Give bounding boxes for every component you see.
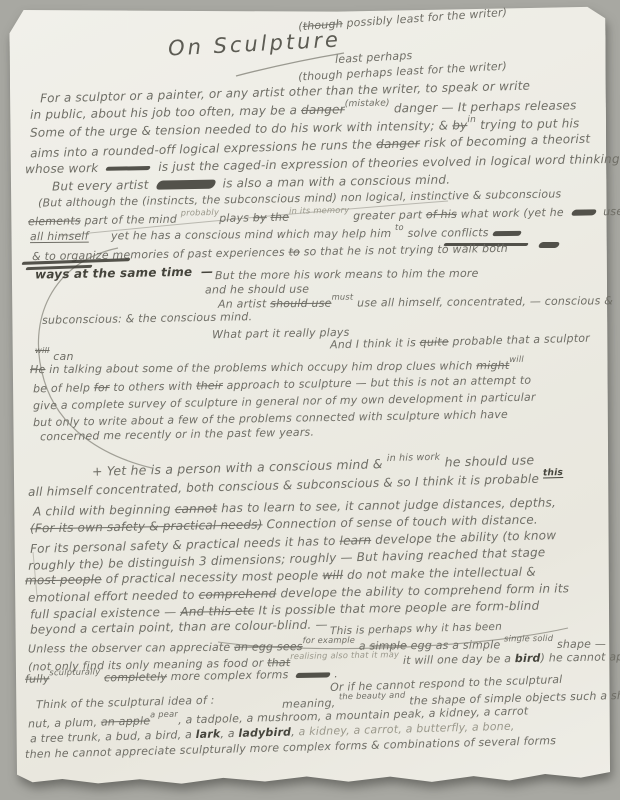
text-segment: by bbox=[452, 118, 467, 132]
text-segment: + Yet he is a person with a conscious mi… bbox=[92, 456, 387, 479]
text-segment: develope the ability to comprehend form … bbox=[276, 581, 569, 600]
text-segment: do not make the intellectual & bbox=[343, 565, 536, 582]
manuscript-line: This is perhaps why it has been bbox=[330, 622, 502, 637]
text-segment: elements bbox=[28, 214, 81, 228]
text-segment: in his work bbox=[387, 453, 441, 464]
text-segment: for example bbox=[303, 636, 355, 645]
text-segment: An artist bbox=[218, 297, 270, 310]
manuscript-line: subconscious: & the conscious mind. bbox=[42, 311, 252, 326]
text-segment: might bbox=[476, 359, 509, 372]
text-segment: is also a man with a conscious mind. bbox=[218, 173, 450, 191]
manuscript-line: and he should use bbox=[205, 284, 309, 296]
manuscript-line: Think of the sculptural idea of : bbox=[36, 695, 215, 711]
text-segment: (mistake) bbox=[345, 99, 390, 109]
manuscript-line: will can bbox=[35, 351, 74, 362]
text-segment: what work (yet he bbox=[457, 206, 568, 221]
text-segment: whose work bbox=[25, 161, 102, 176]
text-segment: But the more his work means to him the m… bbox=[215, 267, 479, 282]
text-segment: Think of the sculptural idea of : bbox=[36, 694, 215, 712]
text-segment: should use bbox=[270, 297, 332, 311]
text-segment: realising also that it may bbox=[290, 650, 399, 660]
text-segment: will bbox=[509, 355, 524, 363]
text-segment: all himself bbox=[30, 230, 89, 244]
manuscript-line: elements part of the mind probablyplays … bbox=[28, 206, 620, 227]
text-segment: part of the mind bbox=[81, 213, 181, 228]
text-segment: bird bbox=[515, 652, 541, 665]
text-segment: greater part bbox=[349, 208, 426, 222]
text-segment: probably bbox=[181, 208, 220, 217]
scribble-blot bbox=[537, 242, 560, 248]
text-segment: completely bbox=[104, 670, 167, 684]
text-segment: learn bbox=[339, 533, 371, 548]
text-segment: an apple bbox=[101, 714, 151, 728]
text-segment: plays bbox=[219, 211, 253, 225]
text-segment: solve conflicts bbox=[404, 226, 489, 240]
text-segment: Connection of sense of touch with distan… bbox=[262, 513, 538, 532]
text-segment: trying to put his bbox=[476, 116, 580, 132]
text-segment: emotional effort needed to bbox=[28, 588, 199, 605]
text-segment: will bbox=[35, 346, 50, 354]
text-segment: least perhaps bbox=[335, 49, 413, 66]
text-segment: full spacial existence — bbox=[30, 605, 181, 622]
text-segment: more complex forms bbox=[167, 668, 292, 683]
text-segment: lark bbox=[195, 727, 220, 741]
text-segment: to bbox=[395, 223, 404, 231]
manuscript-line: but only to write about a few of the pro… bbox=[33, 409, 508, 428]
text-segment: This is perhaps why it has been bbox=[330, 621, 502, 637]
text-segment: by bbox=[253, 211, 267, 224]
text-segment: fully bbox=[25, 672, 50, 685]
annotation-top-right: (though possibly least for the writer) bbox=[298, 7, 508, 33]
text-segment: in talking about some of the problems wh… bbox=[45, 359, 476, 376]
text-segment: sculpturally bbox=[49, 667, 100, 676]
scan-background: { "palette": { "background_grey": "#a8a8… bbox=[0, 0, 620, 800]
text-segment: He bbox=[30, 363, 46, 376]
text-segment: cannot bbox=[175, 501, 218, 516]
text-segment: must bbox=[332, 293, 354, 302]
text-segment: approach to sculpture — but this is not … bbox=[223, 374, 532, 392]
text-segment: possibly least for the writer) bbox=[342, 6, 507, 30]
text-segment: ways at the same time — bbox=[35, 264, 213, 281]
text-segment bbox=[532, 240, 535, 249]
scribble-blot bbox=[155, 180, 217, 190]
text-segment: quite bbox=[419, 335, 448, 349]
scribble-blot bbox=[492, 230, 522, 235]
manuscript-text-layer: On Sculpture (though possibly least for … bbox=[0, 0, 620, 800]
text-segment: And I think it is bbox=[330, 336, 420, 351]
page-title: On Sculpture bbox=[167, 27, 341, 60]
text-segment: in public, about his job too often, may … bbox=[30, 103, 301, 122]
text-segment: Unless the observer can appreciate bbox=[28, 641, 234, 656]
annotation-least-perhaps: least perhaps bbox=[335, 50, 413, 65]
text-segment: risk of becoming a theorist bbox=[420, 132, 591, 150]
text-segment: single solid bbox=[504, 634, 553, 643]
text-segment: (For its own safety & practical needs) bbox=[30, 517, 263, 535]
text-segment: he should use bbox=[440, 452, 534, 469]
scribble-blot bbox=[570, 209, 597, 215]
text-segment: most people bbox=[25, 572, 102, 587]
text-segment: be of help bbox=[33, 381, 94, 395]
manuscript-line: all himself yet he has a conscious mind … bbox=[30, 227, 525, 242]
manuscript-line: beyond a certain point, than are colour-… bbox=[30, 618, 328, 635]
text-segment: in its memory bbox=[289, 206, 349, 215]
text-segment: the beauty and bbox=[339, 691, 406, 701]
text-segment: a pear bbox=[150, 710, 178, 719]
text-segment: , a bbox=[220, 727, 238, 740]
text-segment: of practical necessity most people bbox=[102, 568, 323, 586]
text-segment: But every artist bbox=[52, 178, 153, 194]
text-segment: yet he has a conscious mind which may he… bbox=[89, 227, 395, 243]
text-segment: and he should use bbox=[205, 283, 309, 297]
manuscript-line: He in talking about some of the problems… bbox=[30, 360, 524, 375]
scribble-blot bbox=[295, 672, 331, 678]
text-segment: It is possible that more people are form… bbox=[254, 599, 539, 618]
text-segment: nut, a plum, bbox=[28, 716, 101, 731]
text-segment: comprehend bbox=[198, 586, 276, 601]
text-segment: danger — It perhaps releases bbox=[390, 98, 577, 115]
text-segment: ladybird bbox=[238, 726, 291, 740]
text-segment: it will one day be a bbox=[399, 652, 515, 667]
text-segment: uses bbox=[599, 205, 620, 219]
text-segment: a tree trunk, a bud, a bird, a bbox=[30, 728, 196, 745]
text-segment: will bbox=[322, 568, 343, 582]
manuscript-line: fullysculpturally completely more comple… bbox=[25, 668, 338, 684]
text-segment: to bbox=[288, 245, 300, 258]
text-segment: shape — bbox=[553, 637, 606, 650]
text-segment: for bbox=[94, 381, 110, 394]
text-segment: And this etc bbox=[180, 604, 254, 619]
text-segment: of his bbox=[426, 208, 457, 222]
manuscript-line: concerned me recently or in the past few… bbox=[40, 427, 314, 443]
text-segment: A child with beginning bbox=[33, 502, 175, 518]
text-segment: subconscious: & the conscious mind. bbox=[42, 310, 252, 327]
text-segment: probable that a sculptor bbox=[449, 332, 590, 349]
text-segment: danger bbox=[301, 102, 345, 117]
manuscript-line: An artist should usemust use all himself… bbox=[218, 295, 613, 309]
scribble-blot bbox=[105, 166, 151, 171]
text-segment: . bbox=[334, 667, 338, 680]
manuscript-line: ways at the same time — bbox=[35, 265, 213, 280]
text-segment: this bbox=[543, 469, 563, 479]
text-segment: danger bbox=[376, 136, 420, 151]
text-segment: to others with bbox=[109, 380, 196, 395]
text-segment: the bbox=[270, 211, 289, 224]
text-segment: can bbox=[50, 350, 74, 363]
text-segment: develope the ability (to know bbox=[371, 528, 556, 547]
text-segment: ) he cannot appreciate bbox=[540, 649, 620, 664]
text-segment: so that he is not trying to walk both bbox=[300, 242, 508, 259]
manuscript-line: And I think it is quite probable that a … bbox=[330, 333, 590, 351]
text-segment: in bbox=[467, 116, 476, 125]
text-segment: though bbox=[302, 17, 343, 33]
text-segment: their bbox=[196, 379, 223, 392]
manuscript-line: But the more his work means to him the m… bbox=[215, 268, 479, 281]
text-segment: use all himself, concentrated, — conscio… bbox=[353, 294, 613, 309]
text-segment: egg as a simple bbox=[407, 638, 504, 652]
